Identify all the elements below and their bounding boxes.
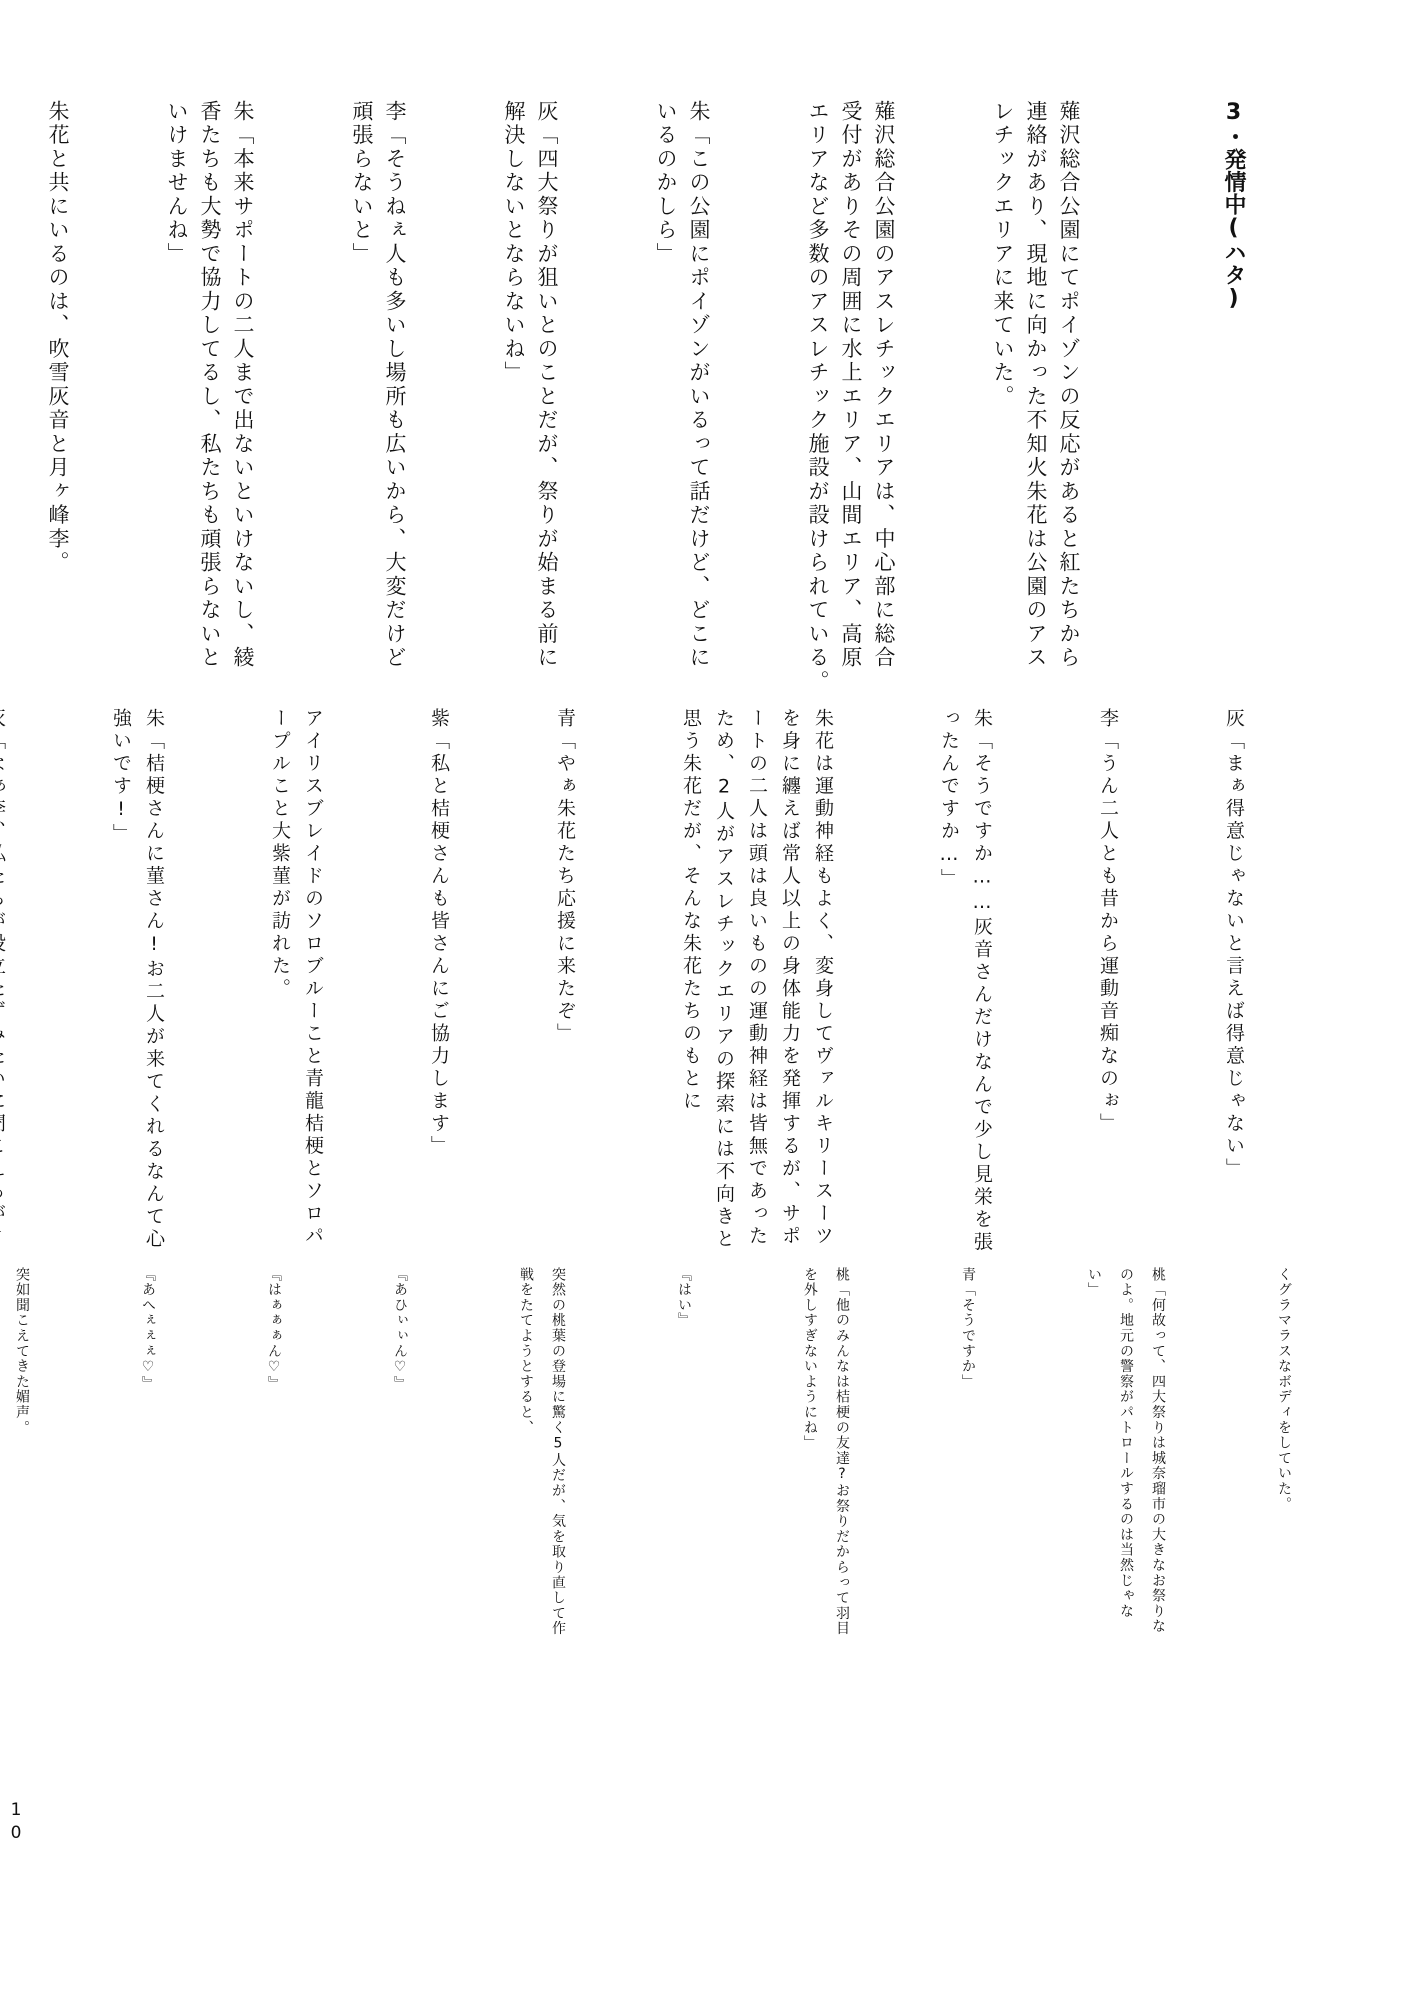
paragraph: くグラマラスなボディをしていた。 bbox=[1268, 1267, 1300, 1637]
paragraph: 『あひぃぃん♡』 bbox=[384, 1267, 416, 1637]
paragraph: 青「そうですか」 bbox=[952, 1267, 984, 1637]
paragraph: 『あへぇぇぇ♡』 bbox=[132, 1267, 164, 1637]
chapter-title: 3・発情中(ハタ) bbox=[1217, 100, 1250, 678]
paragraph: アイリスブレイドのソロブルーこと青龍桔梗とソロパ ープルこと大紫菫が訪れた。 bbox=[263, 708, 329, 1253]
paragraph: 『はい』 bbox=[668, 1267, 700, 1637]
paragraph: 李「うん二人とも昔から運動音痴なのぉ」 bbox=[1091, 708, 1124, 1253]
paragraph: 朱花は運動神経もよく、変身してヴァルキリースーツ を身に纏えば常人以上の身体能力… bbox=[674, 708, 839, 1253]
paragraph: 朱「桔梗さんに菫さん!お二人が来てくれるなんて心 強いです!」 bbox=[104, 708, 170, 1253]
novel-page: 3・発情中(ハタ) 薙沢総合公園にてポイゾンの反応があると紅たちから 連絡があり… bbox=[0, 0, 1416, 2000]
paragraph: 薙沢総合公園のアスレチックエリアは、中心部に総合 受付がありその周囲に水上エリア… bbox=[801, 100, 900, 678]
text-block-top: 3・発情中(ハタ) 薙沢総合公園にてポイゾンの反応があると紅たちから 連絡があり… bbox=[0, 100, 1316, 678]
paragraph: 灰「まぁ得意じゃないと言えば得意じゃない」 bbox=[1217, 708, 1250, 1253]
paragraph: 桃「何故って、四大祭りは城奈瑠市の大きなお祭りな のよ。地元の警察がパトロールす… bbox=[1078, 1267, 1174, 1637]
paragraph: 紫「私と桔梗さんも皆さんにご協力します」 bbox=[422, 708, 455, 1253]
paragraph: 薙沢総合公園にてポイゾンの反応があると紅たちから 連絡があり、現地に向かった不知… bbox=[986, 100, 1085, 678]
paragraph: 朱花と共にいるのは、吹雪灰音と月ヶ峰李。 bbox=[41, 100, 74, 678]
paragraph: 李「そうねぇ人も多いし場所も広いから、大変だけど 頑張らないと」 bbox=[345, 100, 411, 678]
text-block-bottom: くグラマラスなボディをしていた。 桃「何故って、四大祭りは城奈瑠市の大きなお祭り… bbox=[0, 1267, 1364, 1637]
paragraph: 灰「なぁ李、私たちが役立たずみたいに聞こえるが」 bbox=[0, 708, 11, 1253]
paragraph: 青「やぁ朱花たち応援に来たぞ」 bbox=[548, 708, 581, 1253]
paragraph: 突如聞こえてきた媚声。 bbox=[6, 1267, 38, 1637]
paragraph: 朱「この公園にポイゾンがいるって話だけど、どこに いるのかしら」 bbox=[649, 100, 715, 678]
paragraph: 灰「四大祭りが狙いとのことだが、祭りが始まる前に 解決しないとならないね」 bbox=[497, 100, 563, 678]
page-number: 10 bbox=[6, 1800, 26, 1846]
text-block-middle: 灰「まぁ得意じゃないと言えば得意じゃない」 李「うん二人とも昔から運動音痴なのぉ… bbox=[0, 708, 1316, 1253]
paragraph: 桃「他のみんなは桔梗の友達?お祭りだからって羽目 を外しすぎないようにね」 bbox=[794, 1267, 858, 1637]
paragraph: 突然の桃葉の登場に驚く5人だが、気を取り直して作 戦をたてようとすると、 bbox=[510, 1267, 574, 1637]
paragraph: 朱「本来サポートの二人まで出ないといけないし、綾 香たちも大勢で協力してるし、私… bbox=[160, 100, 259, 678]
paragraph: 『はぁぁぁん♡』 bbox=[258, 1267, 290, 1637]
paragraph: 朱「そうですか……灰音さんだけなんで少し見栄を張 ったんですか…」 bbox=[932, 708, 998, 1253]
